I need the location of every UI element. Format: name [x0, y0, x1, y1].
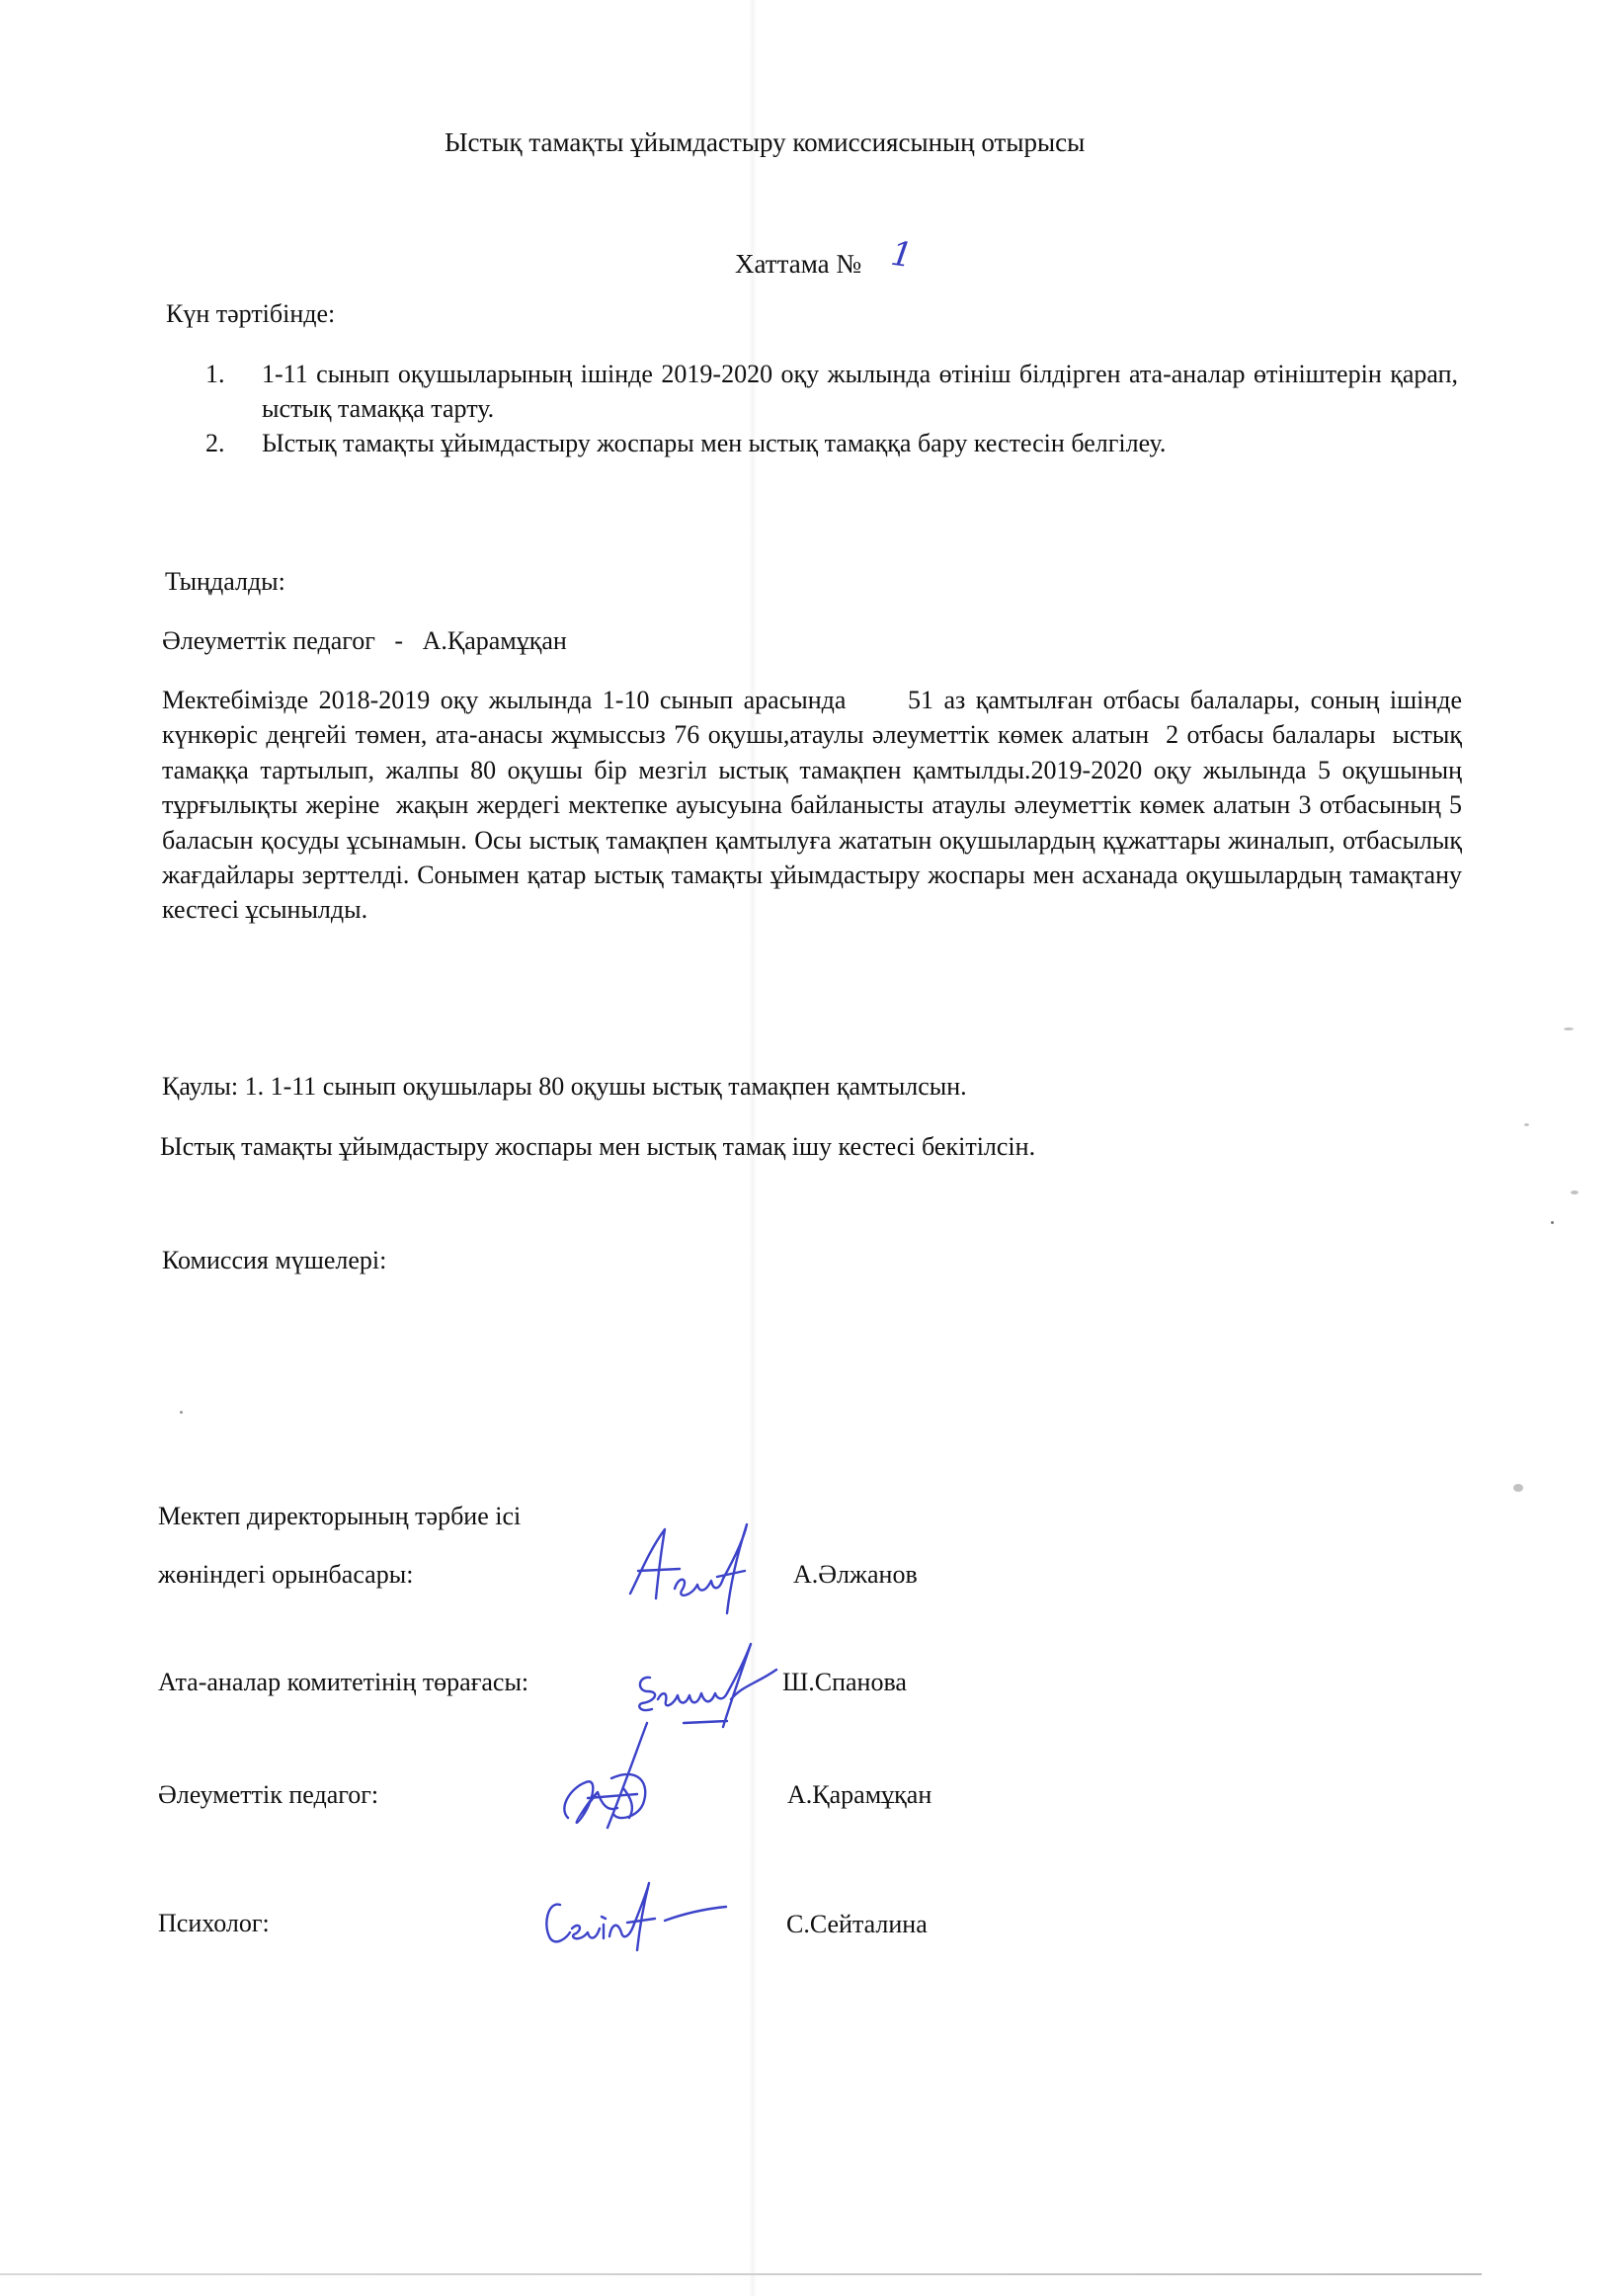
- signatory-role-parents-committee-chair: Ата-аналар комитетінің төрағасы:: [158, 1666, 528, 1699]
- signature-social-pedagogue: [548, 1719, 687, 1838]
- page-bottom-edge: [0, 2273, 1482, 2275]
- agenda-item-text: Ыстық тамақты ұйымдастыру жоспары мен ыс…: [262, 429, 1166, 457]
- protocol-number-handwritten: 1: [888, 234, 915, 277]
- agenda-item-number: 2.: [205, 426, 225, 460]
- decision-line-1: Қаулы: 1. 1-11 сынып оқушылары 80 оқушы …: [162, 1070, 967, 1104]
- signature-psychologist: [538, 1877, 736, 1956]
- protocol-label: Хаттама №: [735, 247, 861, 281]
- commission-members-label: Комиссия мүшелері:: [162, 1244, 386, 1277]
- signatory-name: А.Әлжанов: [793, 1558, 918, 1592]
- report-paragraph: Мектебімізде 2018-2019 оқу жылында 1-10 …: [162, 683, 1462, 928]
- scan-artifact: [1513, 1484, 1523, 1492]
- signature-deputy-director: [620, 1519, 769, 1628]
- scan-artifact: [1571, 1190, 1579, 1194]
- heard-label: Тыңдалды:: [165, 565, 285, 599]
- signatory-role-deputy-director-line2: жөніндегі орынбасары:: [158, 1558, 413, 1592]
- document-title: Ыстық тамақты ұйымдастыру комиссиясының …: [445, 125, 1085, 159]
- scanned-document-page: Ыстық тамақты ұйымдастыру комиссиясының …: [0, 0, 1620, 2296]
- agenda-list: 1. 1-11 сынып оқушыларының ішінде 2019-2…: [205, 357, 1458, 460]
- scan-artifact: [180, 1411, 183, 1414]
- agenda-item-number: 1.: [205, 357, 225, 391]
- signatory-name: А.Қарамұқан: [787, 1778, 931, 1812]
- agenda-item: 1. 1-11 сынып оқушыларының ішінде 2019-2…: [205, 357, 1458, 426]
- scan-artifact: [1564, 1027, 1574, 1030]
- scan-artifact: [1524, 1123, 1529, 1126]
- signatory-role-social-pedagogue: Әлеуметтік педагог:: [158, 1778, 378, 1812]
- signatory-name: Ш.Спанова: [782, 1666, 907, 1699]
- signatory-role-psychologist: Психолог:: [158, 1907, 270, 1940]
- scan-artifact: [1551, 1221, 1554, 1224]
- agenda-item: 2. Ыстық тамақты ұйымдастыру жоспары мен…: [205, 426, 1458, 460]
- heard-speaker: Әлеуметтік педагог - А.Қарамұқан: [162, 624, 567, 658]
- decision-line-2: Ыстық тамақты ұйымдастыру жоспары мен ыс…: [160, 1130, 1035, 1164]
- agenda-label: Күн тәртібінде:: [166, 297, 335, 331]
- signatory-role-deputy-director-line1: Мектеп директорының тәрбие ісі: [158, 1500, 521, 1533]
- agenda-item-text: 1-11 сынып оқушыларының ішінде 2019-2020…: [262, 360, 1458, 423]
- signatory-name: С.Сейталина: [786, 1908, 928, 1941]
